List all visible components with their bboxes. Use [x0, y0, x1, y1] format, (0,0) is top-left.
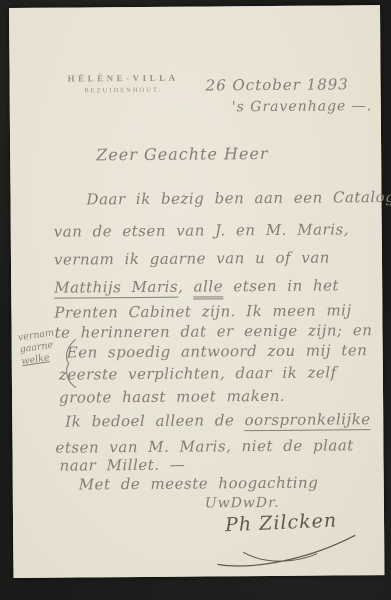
text-segment: Een spoedig antwoord zou mij ten: [67, 341, 368, 361]
letterhead: HÉLÈNE-VILLA BEZUIDENHOUT.: [68, 73, 179, 95]
place-line: 's Gravenhage —.: [232, 98, 373, 115]
letter-paper: HÉLÈNE-VILLA BEZUIDENHOUT. 26 October 18…: [9, 5, 384, 578]
text-segment: etsen van M. Maris, niet de plaat: [55, 436, 353, 456]
text-segment: te herinneren dat er eenige zijn; en: [54, 321, 372, 341]
scanned-letter-mount: HÉLÈNE-VILLA BEZUIDENHOUT. 26 October 18…: [0, 0, 391, 600]
signature-flourish: [213, 529, 363, 574]
body-line: Ik bedoel alleen de oorspronkelijke: [65, 410, 371, 430]
margin-brace-mark: [62, 337, 78, 393]
text-segment: Prenten Cabinet zijn. Ik meen mij: [54, 301, 351, 321]
body-line: van de etsen van J. en M. Maris,: [54, 220, 349, 240]
letterhead-district: BEZUIDENHOUT.: [68, 87, 179, 95]
text-segment: zeerste verplichten, daar ik zelf: [59, 363, 337, 383]
body-line: groote haast moet maken.: [59, 387, 285, 407]
letterhead-villa-name: HÉLÈNE-VILLA: [68, 73, 179, 84]
body-line: te herinneren dat er eenige zijn; en: [54, 321, 372, 341]
body-line: Daar ik bezig ben aan een Catalogus: [86, 188, 391, 209]
text-segment: vernam ik gaarne van u of van: [54, 248, 330, 268]
underlined-phrase: alle: [194, 277, 224, 299]
text-segment: van de etsen van J. en M. Maris,: [54, 220, 349, 240]
text-segment: groote haast moet maken.: [59, 387, 285, 407]
text-segment: naar Millet. —: [60, 456, 186, 475]
salutation: Zeer Geachte Heer: [96, 144, 269, 164]
text-segment: Met de meeste hoogachting: [79, 474, 319, 494]
body-line: zeerste verplichten, daar ik zelf: [59, 363, 337, 383]
text-segment: Daar ik bezig ben aan een Catalogus: [86, 188, 391, 209]
letter-body: Daar ik bezig ben aan een Catalogusvan d…: [9, 5, 380, 8]
underlined-phrase: oorspronkelijke: [244, 410, 370, 431]
body-line: vernam ik gaarne van u of van: [54, 248, 330, 268]
margin-note: vernamgaarnewelke: [17, 327, 58, 368]
valediction-abbreviation: UwDwDr.: [205, 495, 280, 512]
body-line: Een spoedig antwoord zou mij ten: [67, 341, 368, 361]
body-line: Met de meeste hoogachting: [79, 474, 319, 494]
date-line: 26 October 1893: [206, 75, 349, 94]
text-segment: etsen in het: [223, 276, 339, 295]
body-line: etsen van M. Maris, niet de plaat: [55, 436, 353, 456]
body-line: naar Millet. —: [60, 456, 186, 475]
text-segment: ,: [178, 278, 194, 296]
body-line: Matthijs Maris, alle etsen in het: [54, 276, 339, 296]
text-segment: Ik bedoel alleen de: [65, 411, 244, 430]
body-line: Prenten Cabinet zijn. Ik meen mij: [54, 301, 351, 321]
underlined-phrase: Matthijs Maris: [54, 278, 178, 299]
